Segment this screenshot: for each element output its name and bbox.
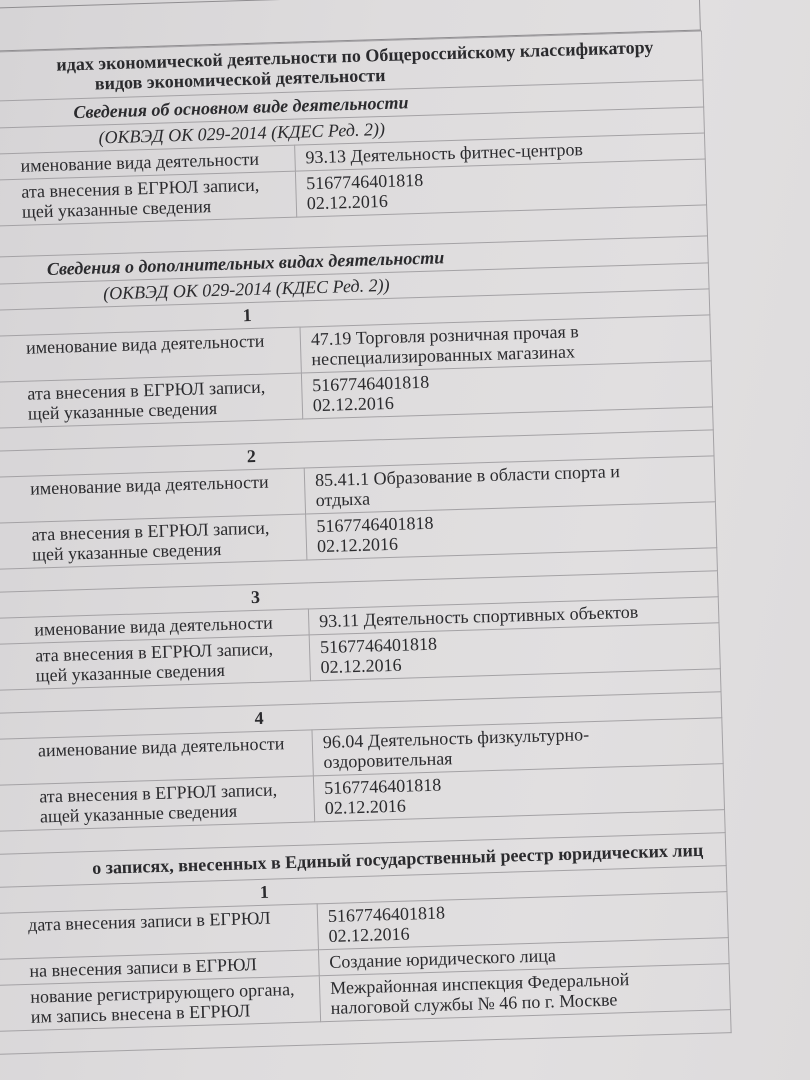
activity-record-label: ата внесения в ЕГРЮЛ записи,щей указанны…: [31, 517, 292, 565]
activity-name-label: именование вида деятельности: [26, 330, 286, 358]
main-activity-name-label: именование вида деятельности: [20, 148, 280, 176]
activity-name-label: аименование вида деятельности: [38, 733, 298, 761]
activity-name-label: именование вида деятельности: [30, 471, 290, 499]
document-page: идах экономической деятельности по Общер…: [0, 0, 731, 1061]
egrul-extract-table: идах экономической деятельности по Общер…: [0, 31, 732, 1061]
activity-name-label: именование вида деятельности: [34, 612, 294, 640]
activity-record-label: ата внесения в ЕГРЮЛ записи,щей указанны…: [35, 638, 296, 686]
record-label: дата внесения записи в ЕГРЮЛ: [28, 907, 303, 935]
activity-record-label: ата внесения в ЕГРЮЛ записи,ащей указанн…: [39, 779, 300, 827]
record-label: нование регистрирующего органа,им запись…: [30, 979, 306, 1027]
activity-record-label: ата внесения в ЕГРЮЛ записи,щей указанны…: [27, 376, 288, 424]
main-activity-record-label: ата внесения в ЕГРЮЛ записи,щей указанны…: [21, 174, 282, 222]
